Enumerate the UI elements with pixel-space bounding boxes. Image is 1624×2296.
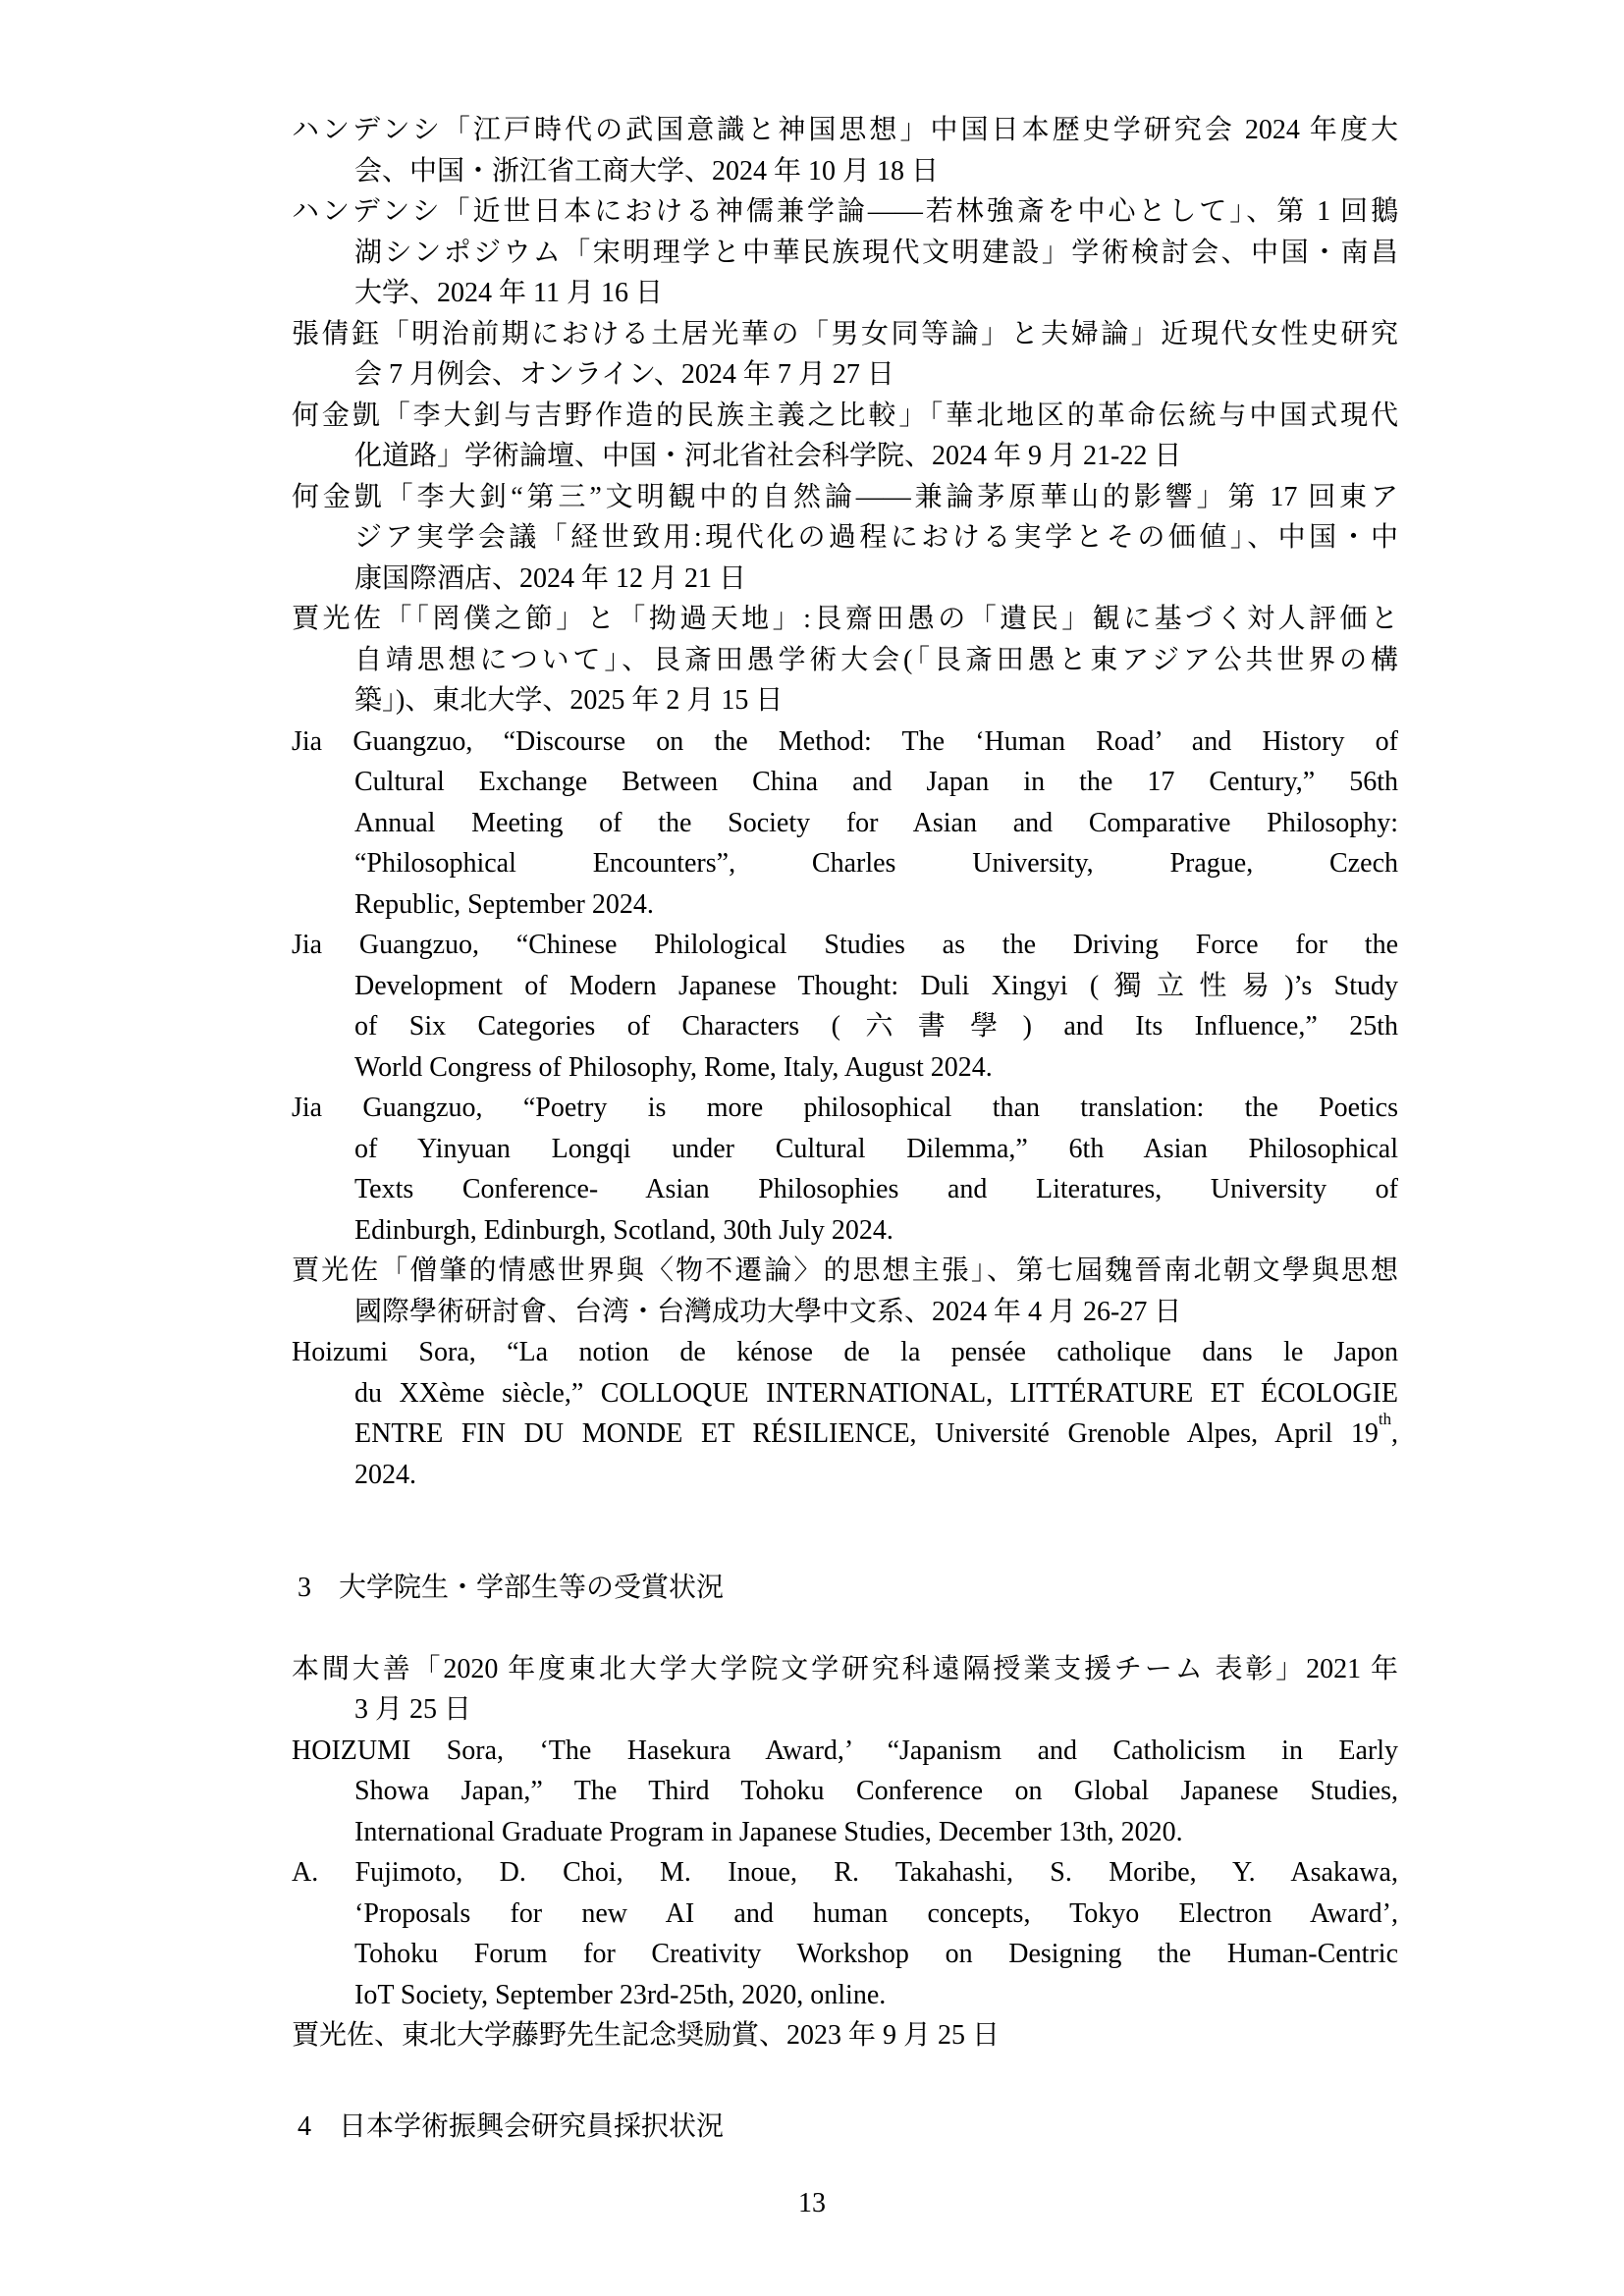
text-line: 何金凱「李大釗与吉野作造的民族主義之比較」「華北地区的革命伝統与中国式現代 (292, 396, 1398, 437)
text-line: Tohoku Forum for Creativity Workshop on … (354, 1934, 1398, 1975)
text-line: 2024. (354, 1455, 1398, 1496)
text-line: 張倩鈺「明治前期における土居光華の「男女同等論」と夫婦論」近現代女性史研究 (292, 314, 1398, 355)
text-line: IoT Society, September 23rd-25th, 2020, … (354, 1975, 1398, 2016)
text-line: 会、中国・浙江省工商大学、2024 年 10 月 18 日 (354, 151, 1398, 192)
text-line: 自靖思想について」、艮斎田愚学術大会(「艮斎田愚と東アジア公共世界の構 (354, 640, 1398, 681)
list-item: Jia Guangzuo, “Poetry is more philosophi… (292, 1088, 1398, 1251)
page-content: ハンデンシ「江戸時代の武国意識と神国思想」中国日本歴史学研究会 2024 年度大… (292, 110, 1398, 2147)
awards-list: 本間大善「2020 年度東北大学大学院文学研究科遠隔授業支援チーム 表彰」202… (292, 1649, 1398, 2056)
section-3-heading: 3 大学院生・学部生等の受賞状況 (292, 1568, 1398, 1609)
text-line: Texts Conference- Asian Philosophies and… (354, 1169, 1398, 1210)
list-item: 何金凱「李大釗与吉野作造的民族主義之比較」「華北地区的革命伝統与中国式現代化道路… (292, 396, 1398, 477)
list-item: 賈光佐「僧肇的情感世界與〈物不遷論〉的思想主張」、第七屆魏晉南北朝文學與思想國際… (292, 1251, 1398, 1332)
text-line: 湖シンポジウム「宋明理学と中華民族現代文明建設」学術検討会、中国・南昌 (354, 233, 1398, 274)
superscript-text: th (1379, 1410, 1391, 1428)
document-page: ハンデンシ「江戸時代の武国意識と神国思想」中国日本歴史学研究会 2024 年度大… (0, 0, 1624, 2296)
page-number: 13 (0, 2183, 1624, 2224)
text-line: ENTRE FIN DU MONDE ET RÉSILIENCE, Univer… (354, 1414, 1398, 1455)
text-line: Jia Guangzuo, “Chinese Philological Stud… (292, 925, 1398, 966)
text-line: Jia Guangzuo, “Poetry is more philosophi… (292, 1088, 1398, 1129)
text-line: International Graduate Program in Japane… (354, 1812, 1398, 1853)
text-line: 大学、2024 年 11 月 16 日 (354, 273, 1398, 314)
text-line: Showa Japan,” The Third Tohoku Conferenc… (354, 1771, 1398, 1812)
text-line: ハンデンシ「近世日本における神儒兼学論――若林強斎を中心として」、第 1 回鵝 (292, 191, 1398, 233)
list-item: ハンデンシ「近世日本における神儒兼学論――若林強斎を中心として」、第 1 回鵝湖… (292, 191, 1398, 314)
text-line: 賈光佐、東北大学藤野先生記念奨励賞、2023 年 9 月 25 日 (292, 2015, 1398, 2056)
text-line: Cultural Exchange Between China and Japa… (354, 762, 1398, 803)
text-line: 化道路」学術論壇、中国・河北省社会科学院、2024 年 9 月 21-22 日 (354, 436, 1398, 477)
text-line: “Philosophical Encounters”, Charles Univ… (354, 843, 1398, 884)
text-line: 國際學術研討會、台湾・台灣成功大學中文系、2024 年 4 月 26-27 日 (354, 1292, 1398, 1333)
text-line: 本間大善「2020 年度東北大学大学院文学研究科遠隔授業支援チーム 表彰」202… (292, 1649, 1398, 1690)
list-item: Jia Guangzuo, “Chinese Philological Stud… (292, 925, 1398, 1088)
list-item: Hoizumi Sora, “La notion de kénose de la… (292, 1332, 1398, 1495)
text-line: World Congress of Philosophy, Rome, Ital… (354, 1047, 1398, 1089)
text-line: Annual Meeting of the Society for Asian … (354, 803, 1398, 844)
list-item: 何金凱「李大釗“第三”文明観中的自然論――兼論茅原華山的影響」第 17 回東アジ… (292, 477, 1398, 600)
list-item: ハンデンシ「江戸時代の武国意識と神国思想」中国日本歴史学研究会 2024 年度大… (292, 110, 1398, 191)
text-line: 康国際酒店、2024 年 12 月 21 日 (354, 559, 1398, 600)
text-line: ハンデンシ「江戸時代の武国意識と神国思想」中国日本歴史学研究会 2024 年度大 (292, 110, 1398, 151)
list-item: Jia Guangzuo, “Discourse on the Method: … (292, 721, 1398, 926)
list-item: 本間大善「2020 年度東北大学大学院文学研究科遠隔授業支援チーム 表彰」202… (292, 1649, 1398, 1731)
list-item: HOIZUMI Sora, ‘The Hasekura Award,’ “Jap… (292, 1731, 1398, 1853)
text-line: Republic, September 2024. (354, 884, 1398, 926)
text-line: 会 7 月例会、オンライン、2024 年 7 月 27 日 (354, 354, 1398, 396)
list-item: 張倩鈺「明治前期における土居光華の「男女同等論」と夫婦論」近現代女性史研究会 7… (292, 314, 1398, 396)
text-line: 何金凱「李大釗“第三”文明観中的自然論――兼論茅原華山的影響」第 17 回東ア (292, 477, 1398, 518)
list-item: 賈光佐「「罔僕之節」と「拗過天地」:艮齋田愚の「遺民」観に基づく対人評価と自靖思… (292, 599, 1398, 721)
text-line: Hoizumi Sora, “La notion de kénose de la… (292, 1332, 1398, 1373)
text-line: 築」)、東北大学、2025 年 2 月 15 日 (354, 680, 1398, 721)
text-line: du XXème siècle,” COLLOQUE INTERNATIONAL… (354, 1373, 1398, 1415)
section-4-heading: 4 日本学術振興会研究員採択状況 (292, 2107, 1398, 2148)
list-item: 賈光佐、東北大学藤野先生記念奨励賞、2023 年 9 月 25 日 (292, 2015, 1398, 2056)
text-line: ジア実学会議「経世致用:現代化の過程における実学とその価値」、中国・中 (354, 517, 1398, 559)
text-line: of Yinyuan Longqi under Cultural Dilemma… (354, 1129, 1398, 1170)
text-line: Edinburgh, Edinburgh, Scotland, 30th Jul… (354, 1210, 1398, 1252)
text-line: 3 月 25 日 (354, 1689, 1398, 1731)
text-line: Jia Guangzuo, “Discourse on the Method: … (292, 721, 1398, 763)
text-line: HOIZUMI Sora, ‘The Hasekura Award,’ “Jap… (292, 1731, 1398, 1772)
text-line: 賈光佐「僧肇的情感世界與〈物不遷論〉的思想主張」、第七屆魏晉南北朝文學與思想 (292, 1251, 1398, 1292)
text-line: of Six Categories of Characters (六書學) an… (354, 1006, 1398, 1047)
text-line: ‘Proposals for new AI and human concepts… (354, 1894, 1398, 1935)
list-item: A. Fujimoto, D. Choi, M. Inoue, R. Takah… (292, 1852, 1398, 2015)
presentations-list: ハンデンシ「江戸時代の武国意識と神国思想」中国日本歴史学研究会 2024 年度大… (292, 110, 1398, 1495)
text-line: A. Fujimoto, D. Choi, M. Inoue, R. Takah… (292, 1852, 1398, 1894)
text-line: Development of Modern Japanese Thought: … (354, 966, 1398, 1007)
text-line: 賈光佐「「罔僕之節」と「拗過天地」:艮齋田愚の「遺民」観に基づく対人評価と (292, 599, 1398, 640)
